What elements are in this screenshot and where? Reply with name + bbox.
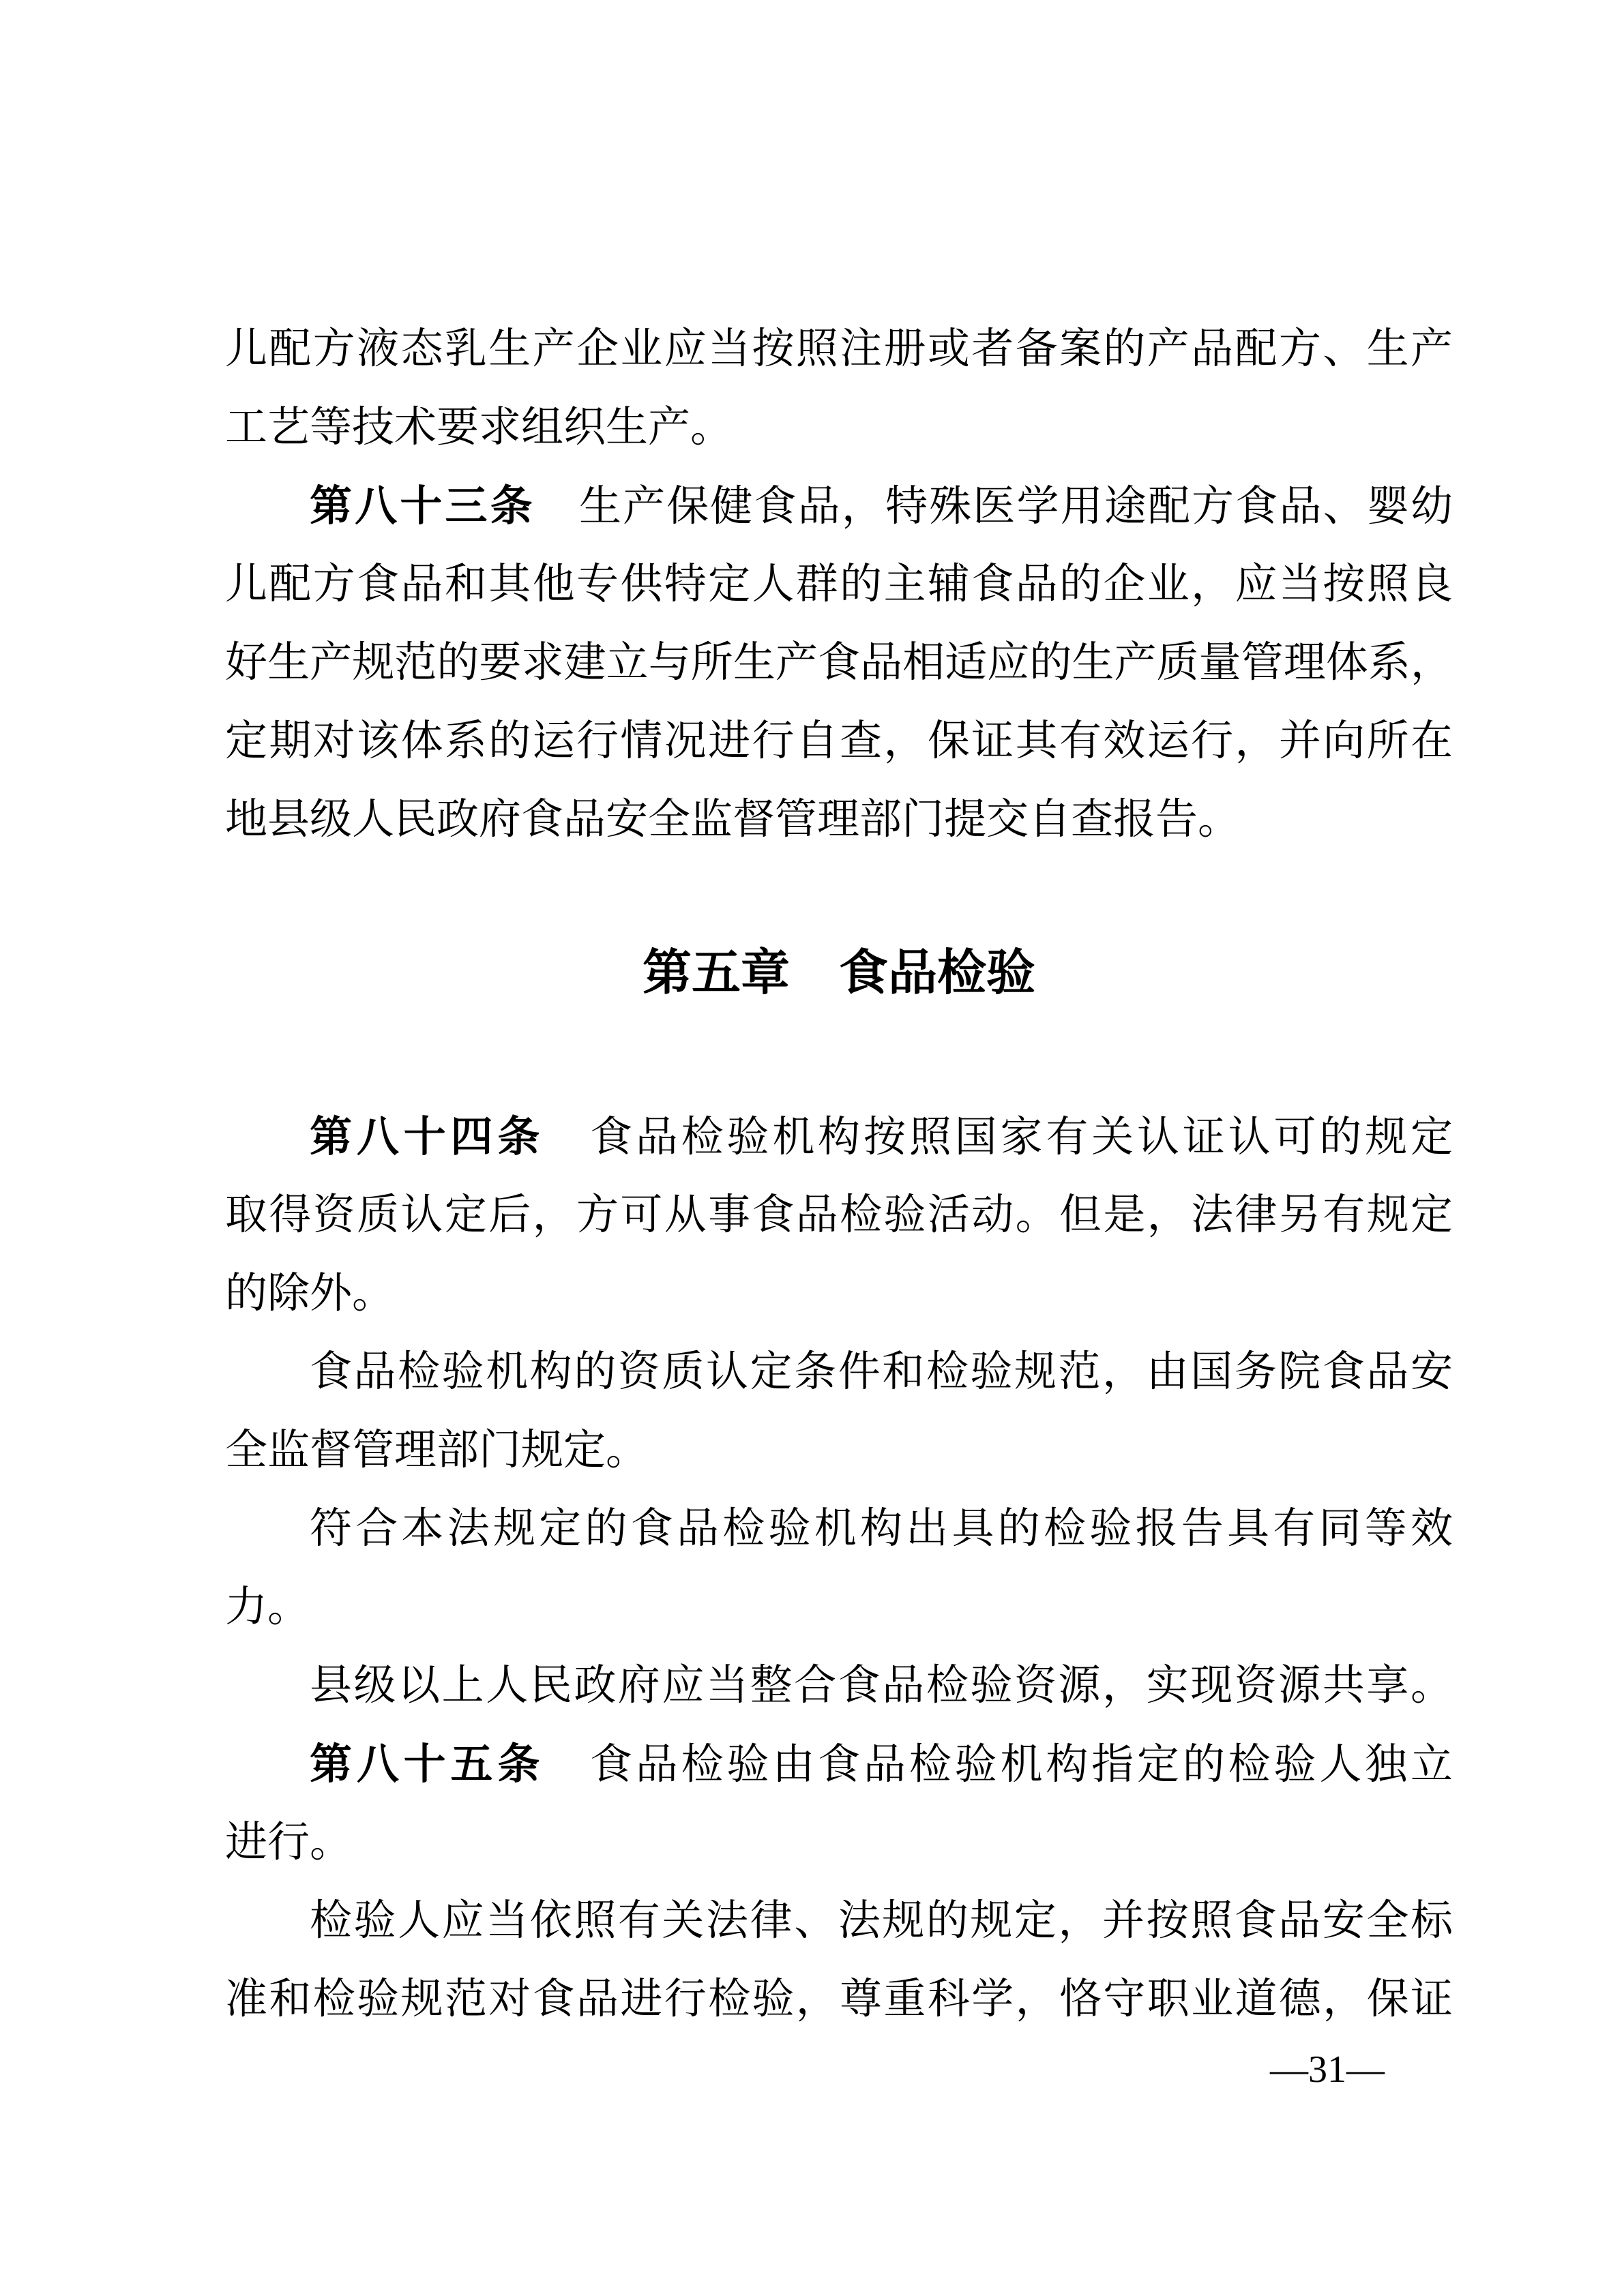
text-line: 定期对该体系的运行情况进行自查，保证其有效运行，并向所在 [225, 702, 1453, 781]
text-line: 检验人应当依照有关法律、法规的规定，并按照食品安全标 [225, 1882, 1453, 1960]
chapter-heading: 第五章 食品检验 [225, 934, 1453, 1013]
text-line: 第八十四条 食品检验机构按照国家有关认证认可的规定 [225, 1098, 1453, 1176]
body-text: 检验人应当依照有关法律、法规的规定，并按照食品安全标 [310, 1898, 1453, 1944]
document-body: 儿配方液态乳生产企业应当按照注册或者备案的产品配方、生产工艺等技术要求组织生产。… [225, 310, 1453, 2039]
body-text: 食品检验机构的资质认定条件和检验规范，由国务院食品安 [310, 1349, 1453, 1395]
page-number: —31— [225, 2049, 1453, 2090]
body-text: 准和检验规范对食品进行检验，尊重科学，恪守职业道德，保证 [225, 1976, 1453, 2023]
body-text: 食品检验机构按照国家有关认证认可的规定 [544, 1114, 1453, 1161]
body-text: 的除外。 [225, 1270, 394, 1317]
body-text: 全监督管理部门规定。 [225, 1427, 648, 1474]
body-text: 定期对该体系的运行情况进行自查，保证其有效运行，并向所在 [225, 718, 1453, 764]
text-line: 儿配方食品和其他专供特定人群的主辅食品的企业，应当按照良 [225, 546, 1453, 624]
article-number: 第八十四条 [310, 1114, 544, 1161]
body-text: 生产保健食品，特殊医学用途配方食品、婴幼 [535, 483, 1453, 530]
text-line: 第八十三条 生产保健食品，特殊医学用途配方食品、婴幼 [225, 467, 1453, 546]
body-text: 力。 [225, 1584, 310, 1630]
text-line: 符合本法规定的食品检验机构出具的检验报告具有同等效 [225, 1490, 1453, 1568]
text-line: 工艺等技术要求组织生产。 [225, 389, 1453, 467]
body-text: 儿配方食品和其他专供特定人群的主辅食品的企业，应当按照良 [225, 561, 1453, 608]
text-line: 县级以上人民政府应当整合食品检验资源，实现资源共享。 [225, 1647, 1453, 1725]
text-line: 地县级人民政府食品安全监督管理部门提交自查报告。 [225, 781, 1453, 859]
text-line: 准和检验规范对食品进行检验，尊重科学，恪守职业道德，保证 [225, 1960, 1453, 2039]
text-line: 进行。 [225, 1804, 1453, 1882]
document-page: 儿配方液态乳生产企业应当按照注册或者备案的产品配方、生产工艺等技术要求组织生产。… [0, 0, 1624, 2296]
body-text: 儿配方液态乳生产企业应当按照注册或者备案的产品配方、生产 [225, 326, 1453, 372]
text-line: 的除外。 [225, 1255, 1453, 1333]
article-number: 第八十五条 [310, 1741, 544, 1788]
body-text: 工艺等技术要求组织生产。 [225, 404, 733, 451]
body-text: 取得资质认定后，方可从事食品检验活动。但是，法律另有规定 [225, 1192, 1453, 1238]
text-line: 取得资质认定后，方可从事食品检验活动。但是，法律另有规定 [225, 1176, 1453, 1255]
text-line: 食品检验机构的资质认定条件和检验规范，由国务院食品安 [225, 1333, 1453, 1412]
body-text: 好生产规范的要求建立与所生产食品相适应的生产质量管理体系， [225, 640, 1453, 686]
body-text: 食品检验由食品检验机构指定的检验人独立 [544, 1742, 1453, 1788]
text-line: 全监督管理部门规定。 [225, 1412, 1453, 1490]
body-text: 县级以上人民政府应当整合食品检验资源，实现资源共享。 [310, 1663, 1453, 1709]
text-line: 好生产规范的要求建立与所生产食品相适应的生产质量管理体系， [225, 624, 1453, 702]
body-text: 进行。 [225, 1819, 352, 1866]
body-text: 符合本法规定的食品检验机构出具的检验报告具有同等效 [310, 1506, 1453, 1552]
body-text: 地县级人民政府食品安全监督管理部门提交自查报告。 [225, 796, 1240, 843]
text-line: 第八十五条 食品检验由食品检验机构指定的检验人独立 [225, 1725, 1453, 1804]
article-number: 第八十三条 [310, 483, 535, 530]
text-line: 儿配方液态乳生产企业应当按照注册或者备案的产品配方、生产 [225, 310, 1453, 389]
text-line: 力。 [225, 1568, 1453, 1647]
